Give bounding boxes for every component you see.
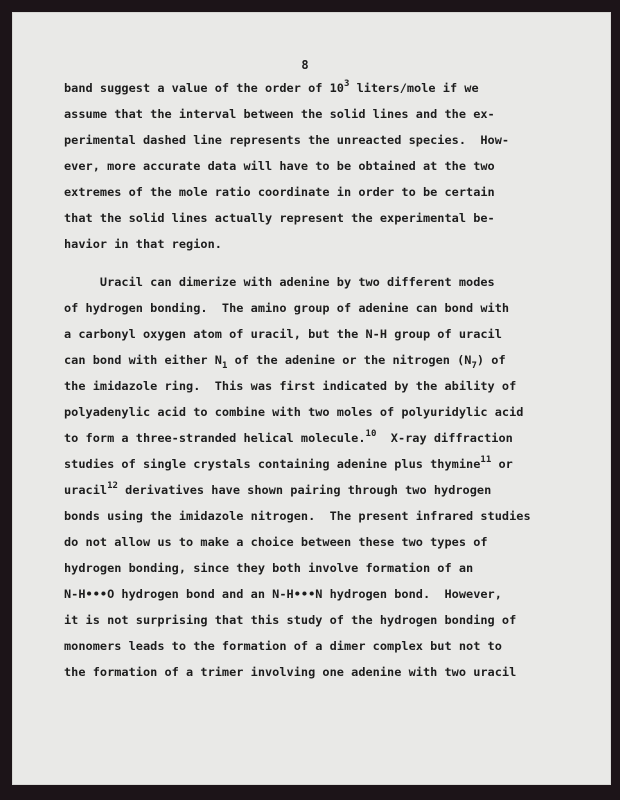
text-line: Uracil can dimerize with adenine by two … xyxy=(64,269,584,295)
typewritten-page: 8 band suggest a value of the order of 1… xyxy=(12,12,611,785)
text-line: can bond with either N1 of the adenine o… xyxy=(64,347,584,373)
text-line: it is not surprising that this study of … xyxy=(64,607,584,633)
text-line: ever, more accurate data will have to be… xyxy=(64,153,584,179)
text-line: uracil12 derivatives have shown pairing … xyxy=(64,477,584,503)
text-line: to form a three-stranded helical molecul… xyxy=(64,425,584,451)
text-line: that the solid lines actually represent … xyxy=(64,205,584,231)
reference-number: 12 xyxy=(107,481,118,491)
text-line: a carbonyl oxygen atom of uracil, but th… xyxy=(64,321,584,347)
page-body: band suggest a value of the order of 103… xyxy=(64,75,584,685)
text-line: havior in that region. xyxy=(64,231,584,257)
text-line: polyadenylic acid to combine with two mo… xyxy=(64,399,584,425)
text-line: the formation of a trimer involving one … xyxy=(64,659,584,685)
text-line: extremes of the mole ratio coordinate in… xyxy=(64,179,584,205)
text-line: do not allow us to make a choice between… xyxy=(64,529,584,555)
text-line: N-H•••O hydrogen bond and an N-H•••N hyd… xyxy=(64,581,584,607)
paragraph-1: band suggest a value of the order of 103… xyxy=(64,75,584,257)
text-line: of hydrogen bonding. The amino group of … xyxy=(64,295,584,321)
text-line: monomers leads to the formation of a dim… xyxy=(64,633,584,659)
text-line: bonds using the imidazole nitrogen. The … xyxy=(64,503,584,529)
page-number: 8 xyxy=(290,58,320,72)
text-line: hydrogen bonding, since they both involv… xyxy=(64,555,584,581)
text-line: assume that the interval between the sol… xyxy=(64,101,584,127)
text-line: band suggest a value of the order of 103… xyxy=(64,75,584,101)
reference-number: 11 xyxy=(480,455,491,465)
paragraph-gap xyxy=(64,257,584,269)
reference-number: 10 xyxy=(366,429,377,439)
text-line: the imidazole ring. This was first indic… xyxy=(64,373,584,399)
text-line: perimental dashed line represents the un… xyxy=(64,127,584,153)
text-line: studies of single crystals containing ad… xyxy=(64,451,584,477)
paragraph-2: Uracil can dimerize with adenine by two … xyxy=(64,269,584,685)
